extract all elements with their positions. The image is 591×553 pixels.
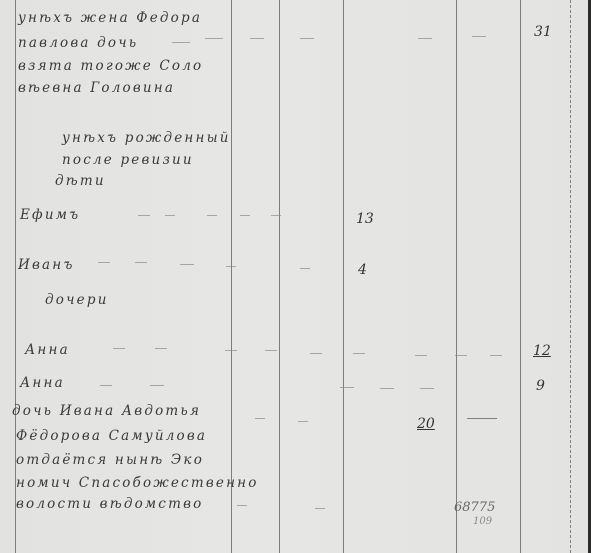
dash: [340, 387, 354, 388]
entry-line: унѣхъ жена Федора: [18, 10, 202, 26]
dash: [420, 388, 434, 389]
register-page: унѣхъ жена Федора павлова дочь взята тог…: [0, 0, 591, 553]
column-rule: [520, 0, 521, 553]
dash: [255, 418, 265, 419]
entry-line: вѣевна Головина: [18, 80, 175, 96]
dash: [172, 42, 190, 43]
dash: [135, 262, 147, 263]
dash: [265, 350, 277, 351]
entry-line: Фёдорова Самуйлова: [16, 428, 207, 444]
dash: [300, 268, 310, 269]
entry-line: после ревизии: [62, 152, 194, 168]
age-value: 13: [356, 211, 374, 227]
dash: [310, 353, 322, 354]
dash: [490, 355, 502, 356]
entry-line: дочь Ивана Авдотья: [12, 403, 201, 419]
dash: [467, 418, 497, 419]
entry-line: волости вѣдомство: [16, 496, 203, 512]
dash: [380, 388, 394, 389]
section-label: дочери: [45, 292, 109, 308]
dash: [98, 262, 110, 263]
dash: [207, 215, 217, 216]
dash: [226, 266, 236, 267]
person-name: Анна: [20, 375, 65, 391]
age-value: 31: [534, 24, 552, 40]
archive-note-sub: 109: [473, 516, 492, 527]
dash: [165, 215, 175, 216]
entry-line: павлова дочь: [18, 35, 138, 51]
entry-line: отдаётся нынѣ Эко: [16, 452, 204, 468]
dash: [250, 38, 264, 39]
archive-note: 68775: [454, 500, 495, 515]
dash: [418, 38, 432, 39]
dash: [472, 36, 486, 37]
entry-line: унѣхъ рожденный: [62, 130, 231, 146]
person-name: Анна: [25, 342, 70, 358]
dash: [205, 38, 223, 39]
dash: [237, 505, 247, 506]
entry-line: взята тогоже Соло: [18, 58, 203, 74]
person-name: Ефимъ: [20, 207, 80, 223]
dash: [138, 215, 150, 216]
column-rule: [343, 0, 344, 553]
dash: [225, 350, 237, 351]
age-value: 12: [533, 343, 551, 359]
column-rule: [279, 0, 280, 553]
column-rule: [231, 0, 232, 553]
dash: [180, 264, 194, 265]
dash: [150, 385, 164, 386]
dash: [271, 215, 281, 216]
dash: [155, 348, 167, 349]
person-name: Иванъ: [18, 257, 75, 273]
value: 20: [417, 416, 435, 432]
entry-line: дѣти: [55, 173, 106, 189]
age-value: 4: [358, 262, 367, 278]
dash: [353, 353, 365, 354]
column-rule-dotted: [570, 0, 571, 553]
dash: [298, 421, 308, 422]
entry-line: номич Спасобожественно: [16, 475, 259, 491]
dash: [300, 38, 314, 39]
dash: [455, 355, 467, 356]
dash: [240, 215, 250, 216]
dash: [415, 355, 427, 356]
dash: [315, 508, 325, 509]
dash: [113, 348, 125, 349]
age-value: 9: [536, 378, 545, 394]
column-rule: [15, 0, 16, 553]
column-rule: [456, 0, 457, 553]
dash: [100, 385, 112, 386]
